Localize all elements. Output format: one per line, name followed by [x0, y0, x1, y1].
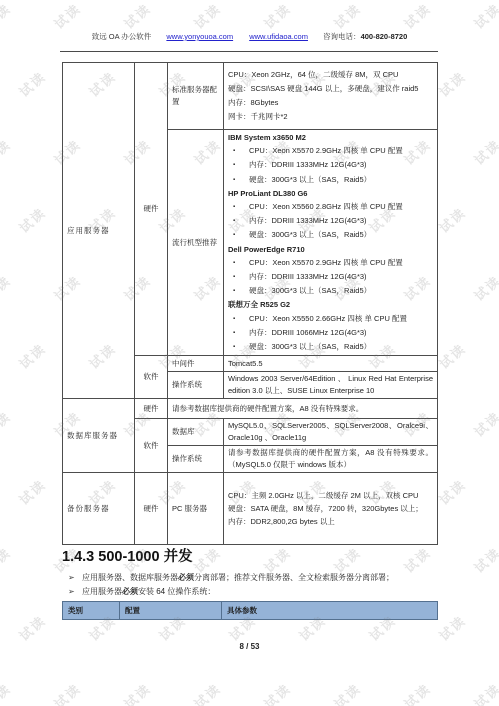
cell-database-label: 数据库 — [168, 419, 224, 446]
header-rule — [60, 51, 438, 52]
document-page: 试读试读试读试读试读试读试读试读试读试读试读试读试读试读试读试读试读试读试读试读… — [0, 0, 499, 706]
config-line: 网卡：千兆网卡*2 — [228, 110, 433, 124]
watermark-text: 试读 — [14, 474, 49, 508]
cell-backup-detail: CPU：主频 2.0GHz 以上，二级缓存 2M 以上，双核 CPU 硬盘：SA… — [224, 473, 438, 545]
watermark-text: 试读 — [434, 202, 469, 236]
page-header: 致远 OA 办公软件 www.yonyouoa.com www.ufidaoa.… — [0, 31, 499, 42]
square-bullet-icon: ▪ — [233, 201, 238, 214]
watermark-text: 试读 — [119, 678, 154, 706]
model-name: HP ProLiant DL380 G6 — [228, 187, 433, 200]
watermark-text: 试读 — [49, 0, 84, 33]
concurrency-table: 类别 配置 具体参数 — [62, 601, 438, 620]
watermark-text: 试读 — [0, 134, 15, 168]
config-line: CPU：Xeon 2GHz，64 位，二级缓存 8M，双 CPU — [228, 68, 433, 82]
config-line: 内存：8Gbytes — [228, 96, 433, 110]
arrow-bullet-icon: ➢ — [68, 585, 82, 599]
watermark-text: 试读 — [469, 270, 499, 304]
watermark-text: 试读 — [189, 0, 224, 33]
config-line: 内存：DDR2,800,2G bytes 以上 — [228, 515, 433, 528]
watermark-text: 试读 — [469, 406, 499, 440]
config-line: 硬盘：SCSI\SAS 硬盘 144G 以上，多硬盘，建议作 raid5 — [228, 82, 433, 96]
cell-database-value: MySQL5.0、SQLServer2005、SQLServer2008、Ora… — [224, 419, 438, 446]
page-number: 8 / 53 — [0, 642, 499, 651]
cell-software-label: 软件 — [135, 356, 168, 399]
cell-middleware-label: 中间件 — [168, 356, 224, 372]
model-spec: ▪硬盘：300G*3 以上（SAS，Raid5） — [228, 284, 433, 298]
cell-db-hardware-value: 请参考数据库提供商的硬件配置方案，A8 没有特殊要求。 — [168, 399, 438, 419]
model-spec: ▪硬盘：300G*3 以上（SAS，Raid5） — [228, 173, 433, 187]
conc-header-config: 配置 — [120, 602, 222, 620]
watermark-text: 试读 — [14, 66, 49, 100]
watermark-text: 试读 — [0, 542, 15, 576]
square-bullet-icon: ▪ — [233, 257, 238, 270]
bullet-item: ➢应用服务器、数据库服务器必须分离部署；推荐文件服务器、全文检索服务器分离部署； — [68, 571, 438, 585]
watermark-text: 试读 — [469, 678, 499, 706]
model-spec: ▪内存：DDRIII 1333MHz 12G(4G*3) — [228, 270, 433, 284]
config-line: 硬盘：SATA 硬盘，8M 缓存，7200 转，320Gbytes 以上； — [228, 502, 433, 515]
watermark-text: 试读 — [329, 0, 364, 33]
cell-db-software-label: 软件 — [135, 419, 168, 473]
square-bullet-icon: ▪ — [233, 159, 238, 172]
cell-popular-label: 流行机型推荐 — [168, 130, 224, 356]
cell-pc-server-label: PC 服务器 — [168, 473, 224, 545]
cell-db-os-value: 请参考数据库提供商的硬件配置方案，A8 没有特殊要求。（MySQL5.0 仅限于… — [224, 446, 438, 473]
watermark-text: 试读 — [0, 270, 15, 304]
section-heading: 1.4.3 500-1000 并发 — [62, 545, 193, 566]
cell-db-hardware-label: 硬件 — [135, 399, 168, 419]
cell-hardware-label: 硬件 — [135, 63, 168, 356]
model-spec: ▪硬盘：300G*3 以上（SAS，Raid5） — [228, 228, 433, 242]
square-bullet-icon: ▪ — [233, 341, 238, 354]
cell-category-app-server: 应用服务器 — [63, 63, 135, 399]
config-line: CPU：主频 2.0GHz 以上，二级缓存 2M 以上，双核 CPU — [228, 489, 433, 502]
model-spec: ▪CPU：Xeon X5570 2.9GHz 四核 单 CPU 配置 — [228, 256, 433, 270]
watermark-text: 试读 — [329, 678, 364, 706]
cell-standard-config-label: 标准服务器配置 — [168, 63, 224, 130]
watermark-text: 试读 — [469, 542, 499, 576]
watermark-text: 试读 — [0, 678, 15, 706]
watermark-text: 试读 — [14, 338, 49, 372]
square-bullet-icon: ▪ — [233, 313, 238, 326]
watermark-text: 试读 — [14, 202, 49, 236]
model-spec: ▪硬盘：300G*3 以上（SAS，Raid5） — [228, 340, 433, 354]
model-spec: ▪CPU：Xeon X5550 2.66GHz 四核 单 CPU 配置 — [228, 312, 433, 326]
watermark-text: 试读 — [434, 338, 469, 372]
model-name: 联想万全 R525 G2 — [228, 298, 433, 311]
square-bullet-icon: ▪ — [233, 215, 238, 228]
bullet-list: ➢应用服务器、数据库服务器必须分离部署；推荐文件服务器、全文检索服务器分离部署；… — [68, 571, 438, 599]
phone-label: 咨询电话： — [323, 32, 361, 41]
arrow-bullet-icon: ➢ — [68, 571, 82, 585]
model-spec: ▪CPU：Xeon X5560 2.8GHz 四核 单 CPU 配置 — [228, 200, 433, 214]
model-spec: ▪内存：DDRIII 1066MHz 12G(4G*3) — [228, 326, 433, 340]
watermark-text: 试读 — [399, 678, 434, 706]
server-config-table: 应用服务器 硬件 标准服务器配置 CPU：Xeon 2GHz，64 位，二级缓存… — [62, 62, 438, 545]
brand-text: 致远 OA 办公软件 — [92, 32, 152, 41]
bullet-item: ➢应用服务器必须安装 64 位操作系统： — [68, 585, 438, 599]
square-bullet-icon: ▪ — [233, 145, 238, 158]
cell-os-value: Windows 2003 Server/64Edition 、 Linux Re… — [224, 372, 438, 399]
watermark-text: 试读 — [0, 406, 15, 440]
conc-header-category: 类别 — [63, 602, 120, 620]
model-name: Dell PowerEdge R710 — [228, 243, 433, 256]
conc-header-params: 具体参数 — [222, 602, 438, 620]
model-spec: ▪内存：DDRIII 1333MHz 12G(4G*3) — [228, 158, 433, 172]
square-bullet-icon: ▪ — [233, 271, 238, 284]
watermark-text: 试读 — [259, 0, 294, 33]
phone-number: 400-820-8720 — [361, 32, 408, 41]
model-spec: ▪CPU：Xeon X5570 2.9GHz 四核 单 CPU 配置 — [228, 144, 433, 158]
watermark-text: 试读 — [14, 610, 49, 644]
link-ufidaoa[interactable]: www.ufidaoa.com — [249, 32, 308, 41]
watermark-text: 试读 — [469, 0, 499, 33]
cell-category-backup-server: 备份服务器 — [63, 473, 135, 545]
watermark-text: 试读 — [434, 66, 469, 100]
cell-standard-config-detail: CPU：Xeon 2GHz，64 位，二级缓存 8M，双 CPU 硬盘：SCSI… — [224, 63, 438, 130]
square-bullet-icon: ▪ — [233, 327, 238, 340]
cell-popular-models: IBM System x3650 M2 ▪CPU：Xeon X5570 2.9G… — [224, 130, 438, 356]
square-bullet-icon: ▪ — [233, 285, 238, 298]
watermark-text: 试读 — [434, 610, 469, 644]
cell-db-os-label: 操作系统 — [168, 446, 224, 473]
cell-middleware-value: Tomcat5.5 — [224, 356, 438, 372]
watermark-text: 试读 — [469, 134, 499, 168]
link-yonyouoa[interactable]: www.yonyouoa.com — [166, 32, 233, 41]
watermark-text: 试读 — [434, 474, 469, 508]
square-bullet-icon: ▪ — [233, 174, 238, 187]
watermark-text: 试读 — [259, 678, 294, 706]
watermark-text: 试读 — [0, 0, 15, 33]
watermark-text: 试读 — [399, 0, 434, 33]
watermark-text: 试读 — [119, 0, 154, 33]
cell-category-db-server: 数据库服务器 — [63, 399, 135, 473]
watermark-text: 试读 — [49, 678, 84, 706]
model-spec: ▪内存：DDRIII 1333MHz 12G(4G*3) — [228, 214, 433, 228]
cell-backup-hardware-label: 硬件 — [135, 473, 168, 545]
cell-os-label: 操作系统 — [168, 372, 224, 399]
model-name: IBM System x3650 M2 — [228, 131, 433, 144]
watermark-text: 试读 — [189, 678, 224, 706]
square-bullet-icon: ▪ — [233, 229, 238, 242]
